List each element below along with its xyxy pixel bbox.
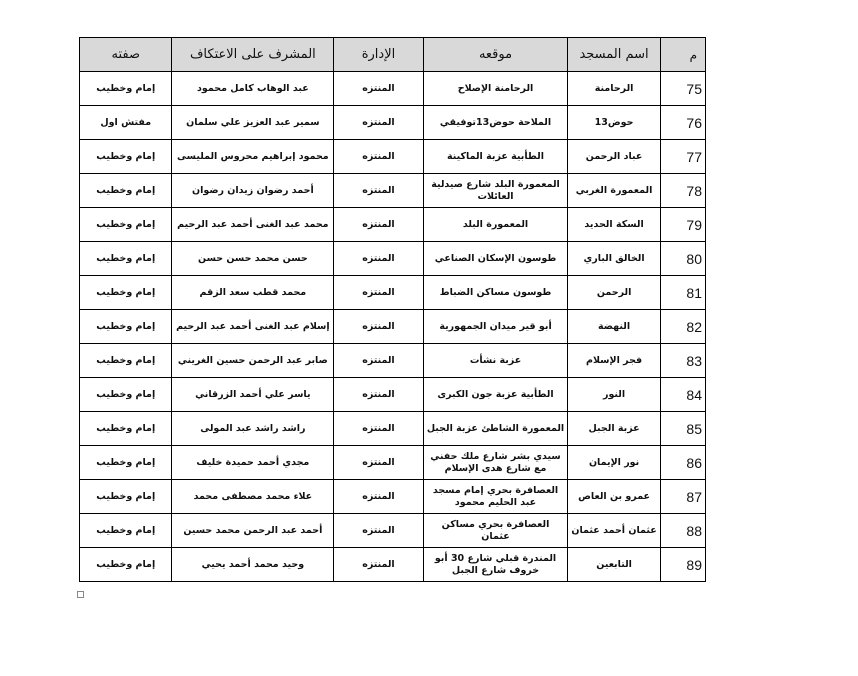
cell-supervisor: إسلام عبد الغنى أحمد عبد الرحيم — [172, 310, 334, 344]
cell-administration: المنتزه — [334, 412, 423, 446]
table-row: 79السكة الحديدالمعمورة البلدالمنتزهمحمد … — [80, 208, 706, 242]
cell-administration: المنتزه — [334, 72, 423, 106]
cell-supervisor: صابر عبد الرحمن حسين الغريني — [172, 344, 334, 378]
cell-mosque-name: النور — [568, 378, 660, 412]
cell-num: 83 — [660, 344, 705, 378]
cell-num: 81 — [660, 276, 705, 310]
cell-supervisor: سمير عبد العزيز علي سلمان — [172, 106, 334, 140]
cell-mosque-name: عزبة الجبل — [568, 412, 660, 446]
cell-mosque-name: الرحمن — [568, 276, 660, 310]
cell-role: إمام وخطيب — [80, 514, 172, 548]
cell-administration: المنتزه — [334, 208, 423, 242]
cell-role: إمام وخطيب — [80, 310, 172, 344]
cell-location: الطأبية عزبة الماكينة — [423, 140, 568, 174]
cell-num: 84 — [660, 378, 705, 412]
table-row: 87عمرو بن العاصالعصافرة بحري إمام مسجد ع… — [80, 480, 706, 514]
table-row: 83فجر الإسلامعزبة نشأتالمنتزهصابر عبد ال… — [80, 344, 706, 378]
header-role: صفته — [80, 38, 172, 72]
cell-role: إمام وخطيب — [80, 276, 172, 310]
cell-administration: المنتزه — [334, 446, 423, 480]
cell-administration: المنتزه — [334, 140, 423, 174]
cell-supervisor: أحمد رضوان زيدان رضوان — [172, 174, 334, 208]
cell-administration: المنتزه — [334, 242, 423, 276]
cell-administration: المنتزه — [334, 344, 423, 378]
table-row: 75الرحامنةالرحامنة الإصلاحالمنتزهعبد الو… — [80, 72, 706, 106]
header-administration: الإدارة — [334, 38, 423, 72]
cell-mosque-name: عثمان أحمد عثمان — [568, 514, 660, 548]
table-row: 82النهضةأبو قير ميدان الجمهوريةالمنتزهإس… — [80, 310, 706, 344]
cell-mosque-name: النهضة — [568, 310, 660, 344]
cell-supervisor: وحيد محمد أحمد يحيي — [172, 548, 334, 582]
cell-location: المعمورة البلد — [423, 208, 568, 242]
table-header-row: م اسم المسجد موقعه الإدارة المشرف على ال… — [80, 38, 706, 72]
cell-num: 77 — [660, 140, 705, 174]
cell-administration: المنتزه — [334, 310, 423, 344]
cell-administration: المنتزه — [334, 548, 423, 582]
cell-location: طوسون مساكن الضباط — [423, 276, 568, 310]
cell-location: عزبة نشأت — [423, 344, 568, 378]
cell-supervisor: أحمد عبد الرحمن محمد حسين — [172, 514, 334, 548]
cell-supervisor: عبد الوهاب كامل محمود — [172, 72, 334, 106]
cell-role: مفتش اول — [80, 106, 172, 140]
table-anchor-marker — [77, 591, 84, 598]
cell-location: سيدي بشر شارع ملك حفني مع شارع هدى الإسل… — [423, 446, 568, 480]
cell-role: إمام وخطيب — [80, 412, 172, 446]
cell-num: 88 — [660, 514, 705, 548]
table-row: 85عزبة الجبلالمعمورة الشاطئ عزبة الجبلال… — [80, 412, 706, 446]
cell-mosque-name: التابعين — [568, 548, 660, 582]
cell-location: المعمورة الشاطئ عزبة الجبل — [423, 412, 568, 446]
cell-num: 89 — [660, 548, 705, 582]
cell-administration: المنتزه — [334, 106, 423, 140]
table-row: 86نور الإيمانسيدي بشر شارع ملك حفني مع ش… — [80, 446, 706, 480]
cell-supervisor: حسن محمد حسن حسن — [172, 242, 334, 276]
cell-mosque-name: فجر الإسلام — [568, 344, 660, 378]
cell-mosque-name: السكة الحديد — [568, 208, 660, 242]
cell-administration: المنتزه — [334, 174, 423, 208]
cell-num: 86 — [660, 446, 705, 480]
cell-role: إمام وخطيب — [80, 480, 172, 514]
cell-mosque-name: نور الإيمان — [568, 446, 660, 480]
cell-supervisor: محمد قطب سعد الزقم — [172, 276, 334, 310]
table-row: 88عثمان أحمد عثمانالعصافرة بحري مساكن عث… — [80, 514, 706, 548]
cell-supervisor: محمد عبد الغنى أحمد عبد الرحيم — [172, 208, 334, 242]
table-row: 76حوض13الملاحة حوض13توفيقيالمنتزهسمير عب… — [80, 106, 706, 140]
cell-num: 82 — [660, 310, 705, 344]
cell-administration: المنتزه — [334, 276, 423, 310]
cell-administration: المنتزه — [334, 514, 423, 548]
cell-mosque-name: الرحامنة — [568, 72, 660, 106]
cell-location: الطأبية عزبة جون الكبرى — [423, 378, 568, 412]
cell-num: 78 — [660, 174, 705, 208]
cell-location: المندرة قبلي شارع 30 أبو خروف شارع الجبل — [423, 548, 568, 582]
cell-num: 79 — [660, 208, 705, 242]
header-location: موقعه — [423, 38, 568, 72]
cell-mosque-name: عمرو بن العاص — [568, 480, 660, 514]
cell-role: إمام وخطيب — [80, 174, 172, 208]
cell-role: إمام وخطيب — [80, 548, 172, 582]
header-num: م — [660, 38, 705, 72]
table-row: 78المعمورة الغربيالمعمورة البلد شارع صيد… — [80, 174, 706, 208]
cell-role: إمام وخطيب — [80, 242, 172, 276]
cell-mosque-name: حوض13 — [568, 106, 660, 140]
cell-mosque-name: المعمورة الغربي — [568, 174, 660, 208]
cell-administration: المنتزه — [334, 480, 423, 514]
cell-num: 87 — [660, 480, 705, 514]
cell-supervisor: علاء محمد مصطفى محمد — [172, 480, 334, 514]
cell-mosque-name: عباد الرحمن — [568, 140, 660, 174]
cell-role: إمام وخطيب — [80, 140, 172, 174]
header-supervisor: المشرف على الاعتكاف — [172, 38, 334, 72]
cell-num: 80 — [660, 242, 705, 276]
cell-role: إمام وخطيب — [80, 208, 172, 242]
cell-location: العصافرة بحري إمام مسجد عبد الحليم محمود — [423, 480, 568, 514]
table-row: 89التابعينالمندرة قبلي شارع 30 أبو خروف … — [80, 548, 706, 582]
cell-num: 75 — [660, 72, 705, 106]
table-row: 84النورالطأبية عزبة جون الكبرىالمنتزهياس… — [80, 378, 706, 412]
cell-role: إمام وخطيب — [80, 378, 172, 412]
cell-location: أبو قير ميدان الجمهورية — [423, 310, 568, 344]
cell-role: إمام وخطيب — [80, 446, 172, 480]
header-mosque-name: اسم المسجد — [568, 38, 660, 72]
cell-location: العصافرة بحري مساكن عثمان — [423, 514, 568, 548]
cell-location: الملاحة حوض13توفيقي — [423, 106, 568, 140]
document-page: م اسم المسجد موقعه الإدارة المشرف على ال… — [0, 0, 858, 676]
table-row: 81الرحمنطوسون مساكن الضباطالمنتزهمحمد قط… — [80, 276, 706, 310]
cell-location: طوسون الإسكان الصناعي — [423, 242, 568, 276]
cell-administration: المنتزه — [334, 378, 423, 412]
cell-location: المعمورة البلد شارع صيدلية العائلات — [423, 174, 568, 208]
cell-supervisor: ياسر علي أحمد الزرقاني — [172, 378, 334, 412]
cell-supervisor: محمود إبراهيم محروس المليسى — [172, 140, 334, 174]
cell-supervisor: راشد راشد عبد المولى — [172, 412, 334, 446]
cell-location: الرحامنة الإصلاح — [423, 72, 568, 106]
cell-supervisor: مجدي أحمد حميدة خليف — [172, 446, 334, 480]
cell-mosque-name: الخالق الباري — [568, 242, 660, 276]
cell-role: إمام وخطيب — [80, 72, 172, 106]
cell-num: 85 — [660, 412, 705, 446]
table-row: 77عباد الرحمنالطأبية عزبة الماكينةالمنتز… — [80, 140, 706, 174]
table-row: 80الخالق الباريطوسون الإسكان الصناعيالمن… — [80, 242, 706, 276]
mosques-table: م اسم المسجد موقعه الإدارة المشرف على ال… — [79, 37, 706, 582]
cell-role: إمام وخطيب — [80, 344, 172, 378]
cell-num: 76 — [660, 106, 705, 140]
